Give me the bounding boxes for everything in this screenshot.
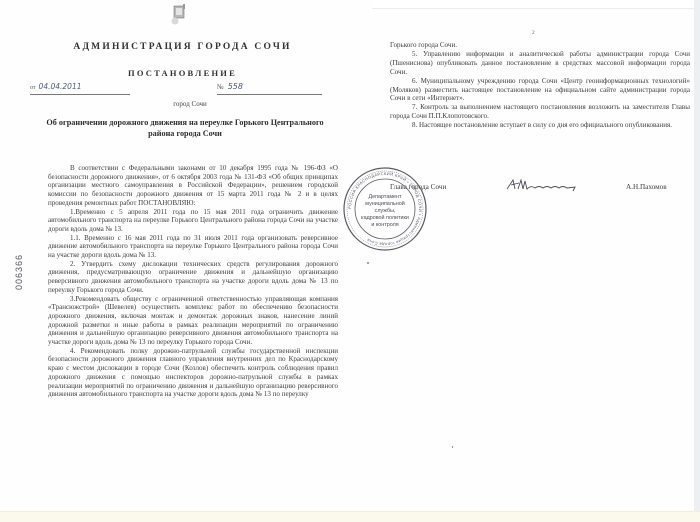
- date-value: 04.04.2011: [39, 82, 82, 91]
- scan-speck: [452, 446, 453, 448]
- paragraph-5: 5. Управлению информации и аналитической…: [390, 50, 690, 77]
- seal-line: Департамент: [342, 194, 428, 201]
- seal-line: и контроля: [342, 222, 428, 229]
- signatory-name: А.Н.Пахомов: [626, 183, 667, 191]
- paragraph-preamble: В соответствии с Федеральными законами о…: [48, 164, 338, 208]
- signature-block: Глава города Сочи А.Н.Пахомов: [390, 183, 690, 197]
- paragraph-3: 3.Рекомендовать обществу с ограниченной …: [48, 295, 338, 347]
- document-body-page-1: В соответствии с Федеральными законами о…: [48, 164, 338, 399]
- document-page-1: АДМИНИСТРАЦИЯ ГОРОДА СОЧИ ПОСТАНОВЛЕНИЕ …: [0, 0, 372, 512]
- subject-line-2: района города Сочи: [40, 128, 330, 139]
- document-subject: Об ограничении дорожного движения на пер…: [40, 117, 330, 139]
- number-value: 558: [228, 82, 243, 91]
- paragraph-1-1: 1.1. Временно с 16 мая 2011 года по 31 и…: [48, 234, 338, 260]
- registration-number-stamp: 006366: [14, 254, 24, 290]
- paragraph-4-continuation: Горького города Сочи.: [390, 41, 690, 50]
- date-field: от04.04.2011: [30, 82, 130, 95]
- paragraph-4: 4. Рекомендовать полку дорожно-патрульно…: [48, 347, 338, 399]
- document-body-page-2: Горького города Сочи. 5. Управлению инфо…: [390, 41, 690, 130]
- scan-bottom-margin: [0, 511, 700, 522]
- paragraph-1: 1.Временно с 5 апреля 2011 года по 15 ма…: [48, 208, 338, 234]
- paragraph-6: 6. Муниципальному учреждению города Сочи…: [390, 77, 690, 104]
- paragraph-7: 7. Контроль за выполнением настоящего по…: [390, 103, 690, 121]
- scan-speck: [367, 262, 369, 264]
- date-prefix: от: [30, 85, 36, 91]
- seal-line: службы,: [342, 208, 428, 215]
- issuer-title: АДМИНИСТРАЦИЯ ГОРОДА СОЧИ: [60, 42, 305, 52]
- handwritten-signature-icon: [505, 177, 590, 193]
- scan-edge-shadow: [694, 0, 700, 512]
- document-type: ПОСТАНОВЛЕНИЕ: [60, 68, 305, 78]
- subject-line-1: Об ограничении дорожного движения на пер…: [40, 117, 330, 128]
- paragraph-2: 2. Утвердить схему дислокации технически…: [48, 260, 338, 295]
- seal-line: кадровой политики: [342, 215, 428, 222]
- number-prefix: №: [217, 83, 224, 91]
- city-label: город Сочи: [140, 100, 240, 108]
- page-number: 2: [532, 30, 535, 36]
- coat-of-arms-icon: [171, 4, 187, 26]
- seal-line: муниципальной: [342, 201, 428, 208]
- number-field: №558: [217, 82, 322, 95]
- seal-center-text: Департамент муниципальной службы, кадров…: [342, 194, 428, 229]
- paragraph-8: 8. Настоящее постановление вступает в си…: [390, 121, 690, 130]
